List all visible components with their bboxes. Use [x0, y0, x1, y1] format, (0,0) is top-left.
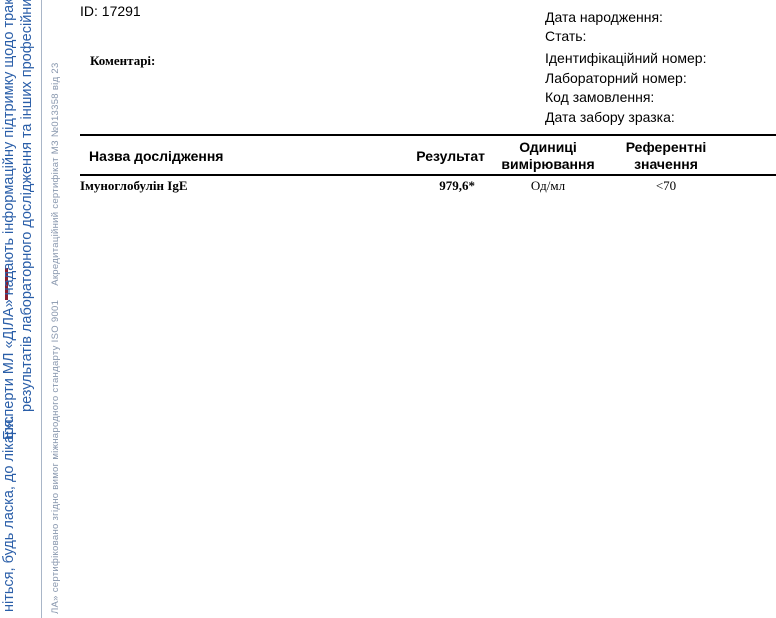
column-header-test-name: Назва дослідження	[80, 135, 379, 175]
birth-date-label: Дата народження:	[545, 8, 706, 26]
comments-label: Коментарі:	[90, 53, 155, 69]
result-value-cell: 979,6*	[379, 175, 489, 196]
certification-iso: ЛА» сертифіковано згідно вимог міжнародн…	[50, 300, 61, 614]
patient-info-list: Дата народження: Стать: Ідентифікаційний…	[545, 8, 706, 127]
units-header-line-1: Одиниці	[519, 139, 577, 155]
certification-accreditation: Акредитаційний сертифікат МЗ №013358 від…	[50, 62, 61, 285]
advisory-text-line-2: результатів лабораторного дослідження та…	[19, 0, 36, 412]
table-row: Імуноглобулін IgE 979,6* Од/мл <70	[80, 175, 776, 196]
advisory-text-end: ніться, будь ласка, до лікаря.	[1, 415, 18, 612]
advisory-text-start: Експерти МЛ «ДІЛА» надають інформаційну …	[1, 0, 18, 440]
patient-id: ID: 17291	[80, 3, 141, 19]
units-header-line-2: вимірювання	[501, 156, 594, 172]
order-code-label: Код замовлення:	[545, 88, 706, 106]
column-header-result: Результат	[379, 135, 489, 175]
sample-date-label: Дата забору зразка:	[545, 108, 706, 126]
lab-number-label: Лабораторний номер:	[545, 69, 706, 87]
reference-cell: <70	[607, 175, 725, 196]
column-header-reference: Референтнізначення	[607, 135, 725, 175]
test-name-cell: Імуноглобулін IgE	[80, 175, 379, 196]
results-header-row: Назва дослідження Результат Одиницівимір…	[80, 135, 776, 175]
column-header-spacer	[725, 135, 776, 175]
side-divider	[41, 0, 42, 618]
reference-header-line-1: Референтні	[626, 139, 707, 155]
side-info-strip: ніться, будь ласка, до лікаря. Експерти …	[0, 0, 78, 618]
certification-text: ЛА» сертифіковано згідно вимог міжнародн…	[49, 62, 63, 614]
spacer-cell	[725, 175, 776, 196]
reference-header-line-2: значення	[634, 156, 698, 172]
report-content: ID: 17291 Коментарі: Дата народження: Ст…	[80, 0, 776, 618]
column-header-units: Одиницівимірювання	[489, 135, 607, 175]
units-cell: Од/мл	[489, 175, 607, 196]
results-table: Назва дослідження Результат Одиницівимір…	[80, 134, 776, 196]
sex-label: Стать:	[545, 27, 706, 45]
identification-number-label: Ідентифікаційний номер:	[545, 49, 706, 67]
